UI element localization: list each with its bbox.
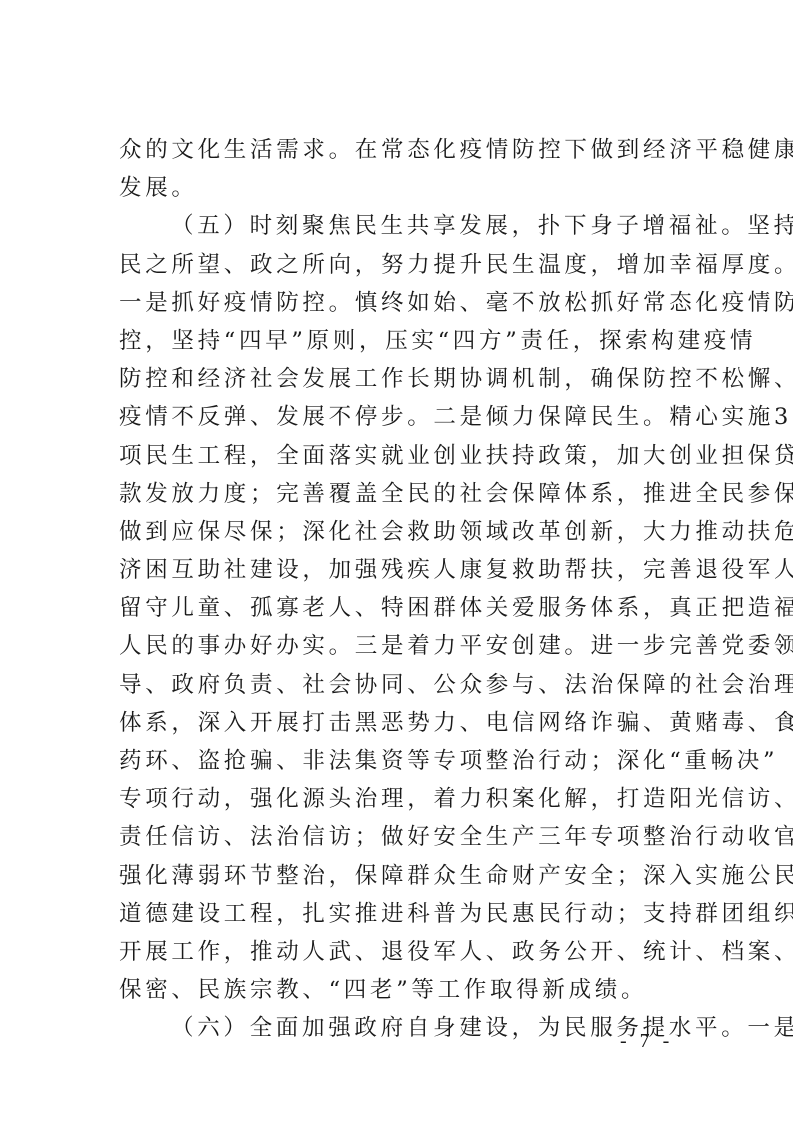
text-line: 一是抓好疫情防控。慎终如始、毫不放松抓好常态化疫情防 bbox=[119, 284, 674, 322]
text-line: 专项行动，强化源头治理，着力积案化解，打造阳光信访、 bbox=[119, 780, 674, 818]
text-line: 保密、民族宗教、“四老”等工作取得新成绩。 bbox=[119, 971, 674, 1009]
text-line: 导、政府负责、社会协同、公众参与、法治保障的社会治理 bbox=[119, 666, 674, 704]
text-line: 责任信访、法治信访；做好安全生产三年专项整治行动收官， bbox=[119, 818, 674, 856]
text-line: 济困互助社建设，加强残疾人康复救助帮扶，完善退役军人、 bbox=[119, 551, 674, 589]
text-line: 项民生工程，全面落实就业创业扶持政策，加大创业担保贷 bbox=[119, 437, 674, 475]
page-number: - 7 - bbox=[620, 1030, 673, 1053]
section-heading-line: （六）全面加强政府自身建设，为民服务提水平。一是 bbox=[119, 1009, 674, 1047]
text-line: 体系，深入开展打击黑恶势力、电信网络诈骗、黄赌毒、食 bbox=[119, 704, 674, 742]
text-line: 防控和经济社会发展工作长期协调机制，确保防控不松懈、 bbox=[119, 360, 674, 398]
body-text: 众的文化生活需求。在常态化疫情防控下做到经济平稳健康 发展。 （五）时刻聚焦民生… bbox=[119, 131, 674, 1048]
document-page: 众的文化生活需求。在常态化疫情防控下做到经济平稳健康 发展。 （五）时刻聚焦民生… bbox=[0, 0, 793, 1122]
section-heading-line: （五）时刻聚焦民生共享发展，扑下身子增福祉。坚持 bbox=[119, 207, 674, 245]
text-line: 开展工作，推动人武、退役军人、政务公开、统计、档案、 bbox=[119, 933, 674, 971]
text-line: 款发放力度；完善覆盖全民的社会保障体系，推进全民参保， bbox=[119, 475, 674, 513]
text-line: 控，坚持“四早”原则，压实“四方”责任，探索构建疫情 bbox=[119, 322, 674, 360]
text-line: 强化薄弱环节整治，保障群众生命财产安全；深入实施公民 bbox=[119, 857, 674, 895]
text-line: 人民的事办好办实。三是着力平安创建。进一步完善党委领 bbox=[119, 627, 674, 665]
text-line: 药环、盗抢骗、非法集资等专项整治行动；深化“重畅决” bbox=[119, 742, 674, 780]
text-line: 众的文化生活需求。在常态化疫情防控下做到经济平稳健康 bbox=[119, 131, 674, 169]
text-line: 民之所望、政之所向，努力提升民生温度，增加幸福厚度。 bbox=[119, 246, 674, 284]
text-line: 发展。 bbox=[119, 169, 674, 207]
text-line: 疫情不反弹、发展不停步。二是倾力保障民生。精心实施33 bbox=[119, 398, 674, 436]
text-line: 留守儿童、孤寡老人、特困群体关爱服务体系，真正把造福 bbox=[119, 589, 674, 627]
text-line: 做到应保尽保；深化社会救助领域改革创新，大力推动扶危 bbox=[119, 513, 674, 551]
text-line: 道德建设工程，扎实推进科普为民惠民行动；支持群团组织 bbox=[119, 895, 674, 933]
